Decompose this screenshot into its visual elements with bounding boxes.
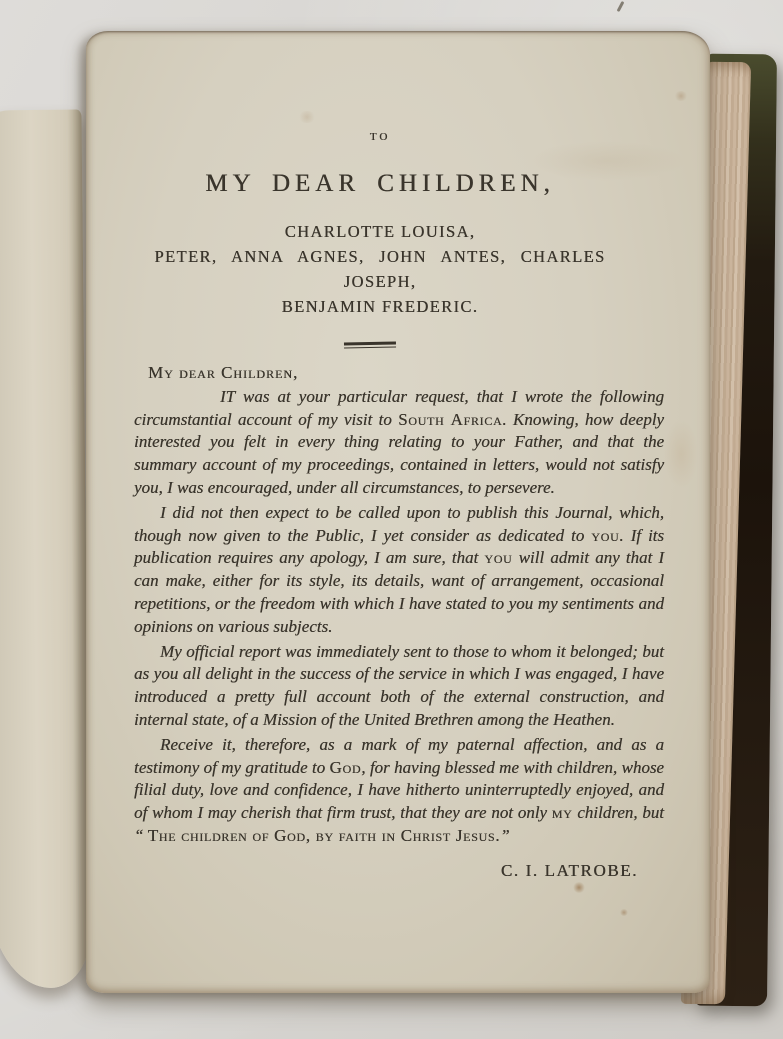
signature: C. I. LATROBE. [134, 861, 638, 881]
dedication-names: CHARLOTTE LOUISA, PETER, ANNA AGNES, JOH… [120, 219, 640, 319]
name-line: BENJAMIN FREDERIC. [120, 294, 640, 319]
smallcaps-text-run: God [330, 758, 362, 777]
left-page [0, 109, 91, 988]
text-run: ” [500, 826, 509, 845]
dedication-to-label: TO [120, 131, 640, 143]
dedication-page: TO MY DEAR CHILDREN, CHARLOTTE LOUISA, P… [86, 31, 710, 993]
dedication-paragraph: I did not then expect to be called upon … [134, 502, 664, 639]
smallcaps-text-run: you [591, 526, 619, 545]
rule-line-thick [344, 342, 396, 346]
text-run: I did not then expect to be called upon … [134, 503, 664, 545]
photo-artifact-mark [617, 1, 625, 12]
dedication-paragraph: Receive it, therefore, as a mark of my p… [134, 734, 664, 848]
page-content: TO MY DEAR CHILDREN, CHARLOTTE LOUISA, P… [86, 31, 710, 993]
dedication-paragraph: My official report was immediately sent … [134, 641, 664, 732]
salutation: My dear Children, [148, 363, 664, 383]
double-rule-divider [344, 342, 396, 349]
smallcaps-text-run: South Africa [398, 410, 502, 429]
text-run: My official report was immediately sent … [134, 642, 664, 729]
rule-line-thin [344, 346, 396, 348]
dedication-heading: TO MY DEAR CHILDREN, CHARLOTTE LOUISA, P… [120, 131, 640, 348]
dedication-title: MY DEAR CHILDREN, [120, 170, 640, 198]
dedication-paragraph: IT was at your particular request, that … [134, 386, 664, 500]
name-line: CHARLOTTE LOUISA, [120, 219, 640, 244]
smallcaps-text-run: my [552, 803, 573, 822]
body-paragraphs: IT was at your particular request, that … [134, 386, 664, 848]
photo-background: TO MY DEAR CHILDREN, CHARLOTTE LOUISA, P… [0, 0, 783, 1039]
smallcaps-text-run: The children of God, by faith in Christ … [148, 826, 500, 845]
name-line: PETER, ANNA AGNES, JOHN ANTES, CHARLES J… [120, 244, 640, 294]
smallcaps-text-run: you [484, 548, 512, 567]
